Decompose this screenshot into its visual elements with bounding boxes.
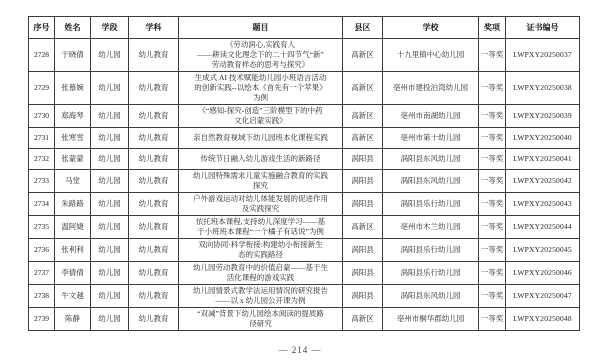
- cell-district: 涡阳县: [343, 193, 383, 216]
- cell-school: 涡阳县东风幼儿园: [383, 170, 479, 193]
- cell-cert: LWPXY20250047: [506, 285, 580, 308]
- cell-school: 亳州市第十幼儿园: [383, 128, 479, 149]
- table-row: 2729张慕婉幼儿园幼儿教育生成式 AI 技术赋能幼儿园小班语言活动 的创新实践…: [29, 72, 580, 105]
- cell-award: 一等奖: [479, 285, 506, 308]
- cell-title: 《劳动润心,实践育人 ——耕读文化理念下的二十四节气“新” 劳动教育样态的思考与…: [179, 39, 343, 72]
- cell-name: 温阿婕: [55, 216, 91, 239]
- cell-no: 2737: [29, 262, 55, 285]
- cell-title: 生成式 AI 技术赋能幼儿园小班语言活动 的创新实践--以绘本《首先有一个苹果》…: [179, 72, 343, 105]
- cell-award: 一等奖: [479, 170, 506, 193]
- cell-district: 高新区: [343, 128, 383, 149]
- table-row: 2734朱路路幼儿园幼儿教育户外游戏运动对幼儿体能发展的促进作用 及实践探究涡阳…: [29, 193, 580, 216]
- cell-title: 幼儿园劳动教育中的价值启蒙——基于生 活化课程的游戏实践: [179, 262, 343, 285]
- cell-award: 一等奖: [479, 39, 506, 72]
- table-row: 2736张利利幼儿园幼儿教育双向协同·科学衔接:构建幼小衔接新生 态的实践路径涡…: [29, 239, 580, 262]
- cell-district: 高新区: [343, 308, 383, 331]
- table-row: 2728于晓倩幼儿园幼儿教育《劳动润心,实践育人 ——耕读文化理念下的二十四节气…: [29, 39, 580, 72]
- cell-title: 幼儿园情景式教学法运用情况的研究报告 ——以 x 幼儿园公开课为例: [179, 285, 343, 308]
- cell-no: 2735: [29, 216, 55, 239]
- cell-name: 牛文越: [55, 285, 91, 308]
- cell-district: 涡阳县: [343, 262, 383, 285]
- cell-stage: 幼儿园: [91, 170, 129, 193]
- cell-title: “双减”背景下幼儿园绘本阅读的提质路 径研究: [179, 308, 343, 331]
- cell-subject: 幼儿教育: [129, 149, 179, 170]
- cell-district: 高新区: [343, 216, 383, 239]
- cell-no: 2739: [29, 308, 55, 331]
- cell-stage: 幼儿园: [91, 262, 129, 285]
- cell-no: 2732: [29, 149, 55, 170]
- table-body: 2728于晓倩幼儿园幼儿教育《劳动润心,实践育人 ——耕读文化理念下的二十四节气…: [29, 39, 580, 331]
- cell-subject: 幼儿教育: [129, 39, 179, 72]
- cell-stage: 幼儿园: [91, 239, 129, 262]
- cell-name: 郑海琴: [55, 105, 91, 128]
- cell-cert: LWPXY20250045: [506, 239, 580, 262]
- cell-cert: LWPXY20250048: [506, 308, 580, 331]
- cell-name: 张寒雪: [55, 128, 91, 149]
- cell-school: 涡阳县东风幼儿园: [383, 149, 479, 170]
- cell-name: 张利利: [55, 239, 91, 262]
- table-row: 2730郑海琴幼儿园幼儿教育《“感知-探究-创造”三阶模型下的中药 文化启蒙实践…: [29, 105, 580, 128]
- award-table: 序号姓名学段学科题目县区学校奖项证书编号 2728于晓倩幼儿园幼儿教育《劳动润心…: [28, 16, 580, 331]
- cell-district: 涡阳县: [343, 239, 383, 262]
- cell-cert: LWPXY20250041: [506, 149, 580, 170]
- cell-school: 十九里镇中心幼儿园: [383, 39, 479, 72]
- cell-cert: LWPXY20250038: [506, 72, 580, 105]
- cell-subject: 幼儿教育: [129, 72, 179, 105]
- col-header-district: 县区: [343, 17, 383, 39]
- cell-subject: 幼儿教育: [129, 216, 179, 239]
- cell-school: 亳州市木兰幼儿园: [383, 216, 479, 239]
- cell-stage: 幼儿园: [91, 105, 129, 128]
- header-row: 序号姓名学段学科题目县区学校奖项证书编号: [29, 17, 580, 39]
- cell-school: 涡阳县乐行幼儿园: [383, 193, 479, 216]
- cell-school: 涡阳县东风幼儿园: [383, 285, 479, 308]
- cell-no: 2731: [29, 128, 55, 149]
- cell-award: 一等奖: [479, 149, 506, 170]
- cell-no: 2728: [29, 39, 55, 72]
- cell-cert: LWPXY20250039: [506, 105, 580, 128]
- cell-school: 亳州市南湖幼儿园: [383, 105, 479, 128]
- cell-subject: 幼儿教育: [129, 170, 179, 193]
- cell-school: 涡阳县乐行幼儿园: [383, 262, 479, 285]
- col-header-cert: 证书编号: [506, 17, 580, 39]
- cell-name: 张慕婉: [55, 72, 91, 105]
- cell-title: 依托班本课程,支持幼儿深度学习——基 于小班班本课程“一个橘子有话说”为例: [179, 216, 343, 239]
- cell-award: 一等奖: [479, 128, 506, 149]
- cell-stage: 幼儿园: [91, 39, 129, 72]
- cell-title: 传统节日融入幼儿游戏生活的新路径: [179, 149, 343, 170]
- cell-award: 一等奖: [479, 239, 506, 262]
- cell-name: 马堂: [55, 170, 91, 193]
- col-header-stage: 学段: [91, 17, 129, 39]
- cell-name: 李倩倩: [55, 262, 91, 285]
- page-number: — 214 —: [0, 345, 600, 355]
- col-header-no: 序号: [29, 17, 55, 39]
- cell-district: 涡阳县: [343, 149, 383, 170]
- cell-no: 2733: [29, 170, 55, 193]
- cell-cert: LWPXY20250040: [506, 128, 580, 149]
- cell-cert: LWPXY20250046: [506, 262, 580, 285]
- cell-subject: 幼儿教育: [129, 308, 179, 331]
- cell-award: 一等奖: [479, 72, 506, 105]
- table-row: 2733马堂幼儿园幼儿教育幼儿园特殊需求儿童实施融合教育的实践 探究涡阳县涡阳县…: [29, 170, 580, 193]
- cell-cert: LWPXY20250037: [506, 39, 580, 72]
- cell-stage: 幼儿园: [91, 128, 129, 149]
- cell-no: 2736: [29, 239, 55, 262]
- cell-district: 涡阳县: [343, 170, 383, 193]
- cell-title: 《“感知-探究-创造”三阶模型下的中药 文化启蒙实践》: [179, 105, 343, 128]
- cell-award: 一等奖: [479, 193, 506, 216]
- cell-cert: LWPXY20250043: [506, 193, 580, 216]
- cell-name: 于晓倩: [55, 39, 91, 72]
- cell-subject: 幼儿教育: [129, 285, 179, 308]
- table-row: 2732张蒙蒙幼儿园幼儿教育传统节日融入幼儿游戏生活的新路径涡阳县涡阳县东风幼儿…: [29, 149, 580, 170]
- document-page: 序号姓名学段学科题目县区学校奖项证书编号 2728于晓倩幼儿园幼儿教育《劳动润心…: [0, 0, 600, 364]
- cell-name: 陈静: [55, 308, 91, 331]
- cell-district: 高新区: [343, 72, 383, 105]
- col-header-subject: 学科: [129, 17, 179, 39]
- cell-no: 2734: [29, 193, 55, 216]
- cell-subject: 幼儿教育: [129, 105, 179, 128]
- cell-school: 涡阳县乐行幼儿园: [383, 239, 479, 262]
- cell-title: 双向协同·科学衔接:构建幼小衔接新生 态的实践路径: [179, 239, 343, 262]
- cell-stage: 幼儿园: [91, 308, 129, 331]
- cell-award: 一等奖: [479, 262, 506, 285]
- cell-subject: 幼儿教育: [129, 128, 179, 149]
- cell-subject: 幼儿教育: [129, 262, 179, 285]
- cell-subject: 幼儿教育: [129, 239, 179, 262]
- cell-district: 涡阳县: [343, 285, 383, 308]
- table-row: 2739陈静幼儿园幼儿教育“双减”背景下幼儿园绘本阅读的提质路 径研究高新区亳州…: [29, 308, 580, 331]
- table-row: 2737李倩倩幼儿园幼儿教育幼儿园劳动教育中的价值启蒙——基于生 活化课程的游戏…: [29, 262, 580, 285]
- cell-award: 一等奖: [479, 105, 506, 128]
- cell-title: 亲自然教育视域下幼儿园班本化课程实践: [179, 128, 343, 149]
- col-header-award: 奖项: [479, 17, 506, 39]
- cell-cert: LWPXY20250044: [506, 216, 580, 239]
- col-header-name: 姓名: [55, 17, 91, 39]
- table-header: 序号姓名学段学科题目县区学校奖项证书编号: [29, 17, 580, 39]
- cell-award: 一等奖: [479, 216, 506, 239]
- cell-district: 高新区: [343, 105, 383, 128]
- cell-stage: 幼儿园: [91, 285, 129, 308]
- cell-name: 朱路路: [55, 193, 91, 216]
- cell-school: 亳州市建投泊湾幼儿园: [383, 72, 479, 105]
- table-row: 2738牛文越幼儿园幼儿教育幼儿园情景式教学法运用情况的研究报告 ——以 x 幼…: [29, 285, 580, 308]
- cell-stage: 幼儿园: [91, 72, 129, 105]
- cell-stage: 幼儿园: [91, 149, 129, 170]
- cell-title: 幼儿园特殊需求儿童实施融合教育的实践 探究: [179, 170, 343, 193]
- cell-subject: 幼儿教育: [129, 193, 179, 216]
- cell-district: 高新区: [343, 39, 383, 72]
- col-header-school: 学校: [383, 17, 479, 39]
- table-row: 2731张寒雪幼儿园幼儿教育亲自然教育视域下幼儿园班本化课程实践高新区亳州市第十…: [29, 128, 580, 149]
- cell-stage: 幼儿园: [91, 216, 129, 239]
- col-header-title: 题目: [179, 17, 343, 39]
- table-row: 2735温阿婕幼儿园幼儿教育依托班本课程,支持幼儿深度学习——基 于小班班本课程…: [29, 216, 580, 239]
- cell-no: 2730: [29, 105, 55, 128]
- cell-school: 亳州市桐华郡幼儿园: [383, 308, 479, 331]
- cell-no: 2738: [29, 285, 55, 308]
- cell-title: 户外游戏运动对幼儿体能发展的促进作用 及实践探究: [179, 193, 343, 216]
- cell-award: 一等奖: [479, 308, 506, 331]
- cell-name: 张蒙蒙: [55, 149, 91, 170]
- cell-no: 2729: [29, 72, 55, 105]
- cell-stage: 幼儿园: [91, 193, 129, 216]
- cell-cert: LWPXY20250042: [506, 170, 580, 193]
